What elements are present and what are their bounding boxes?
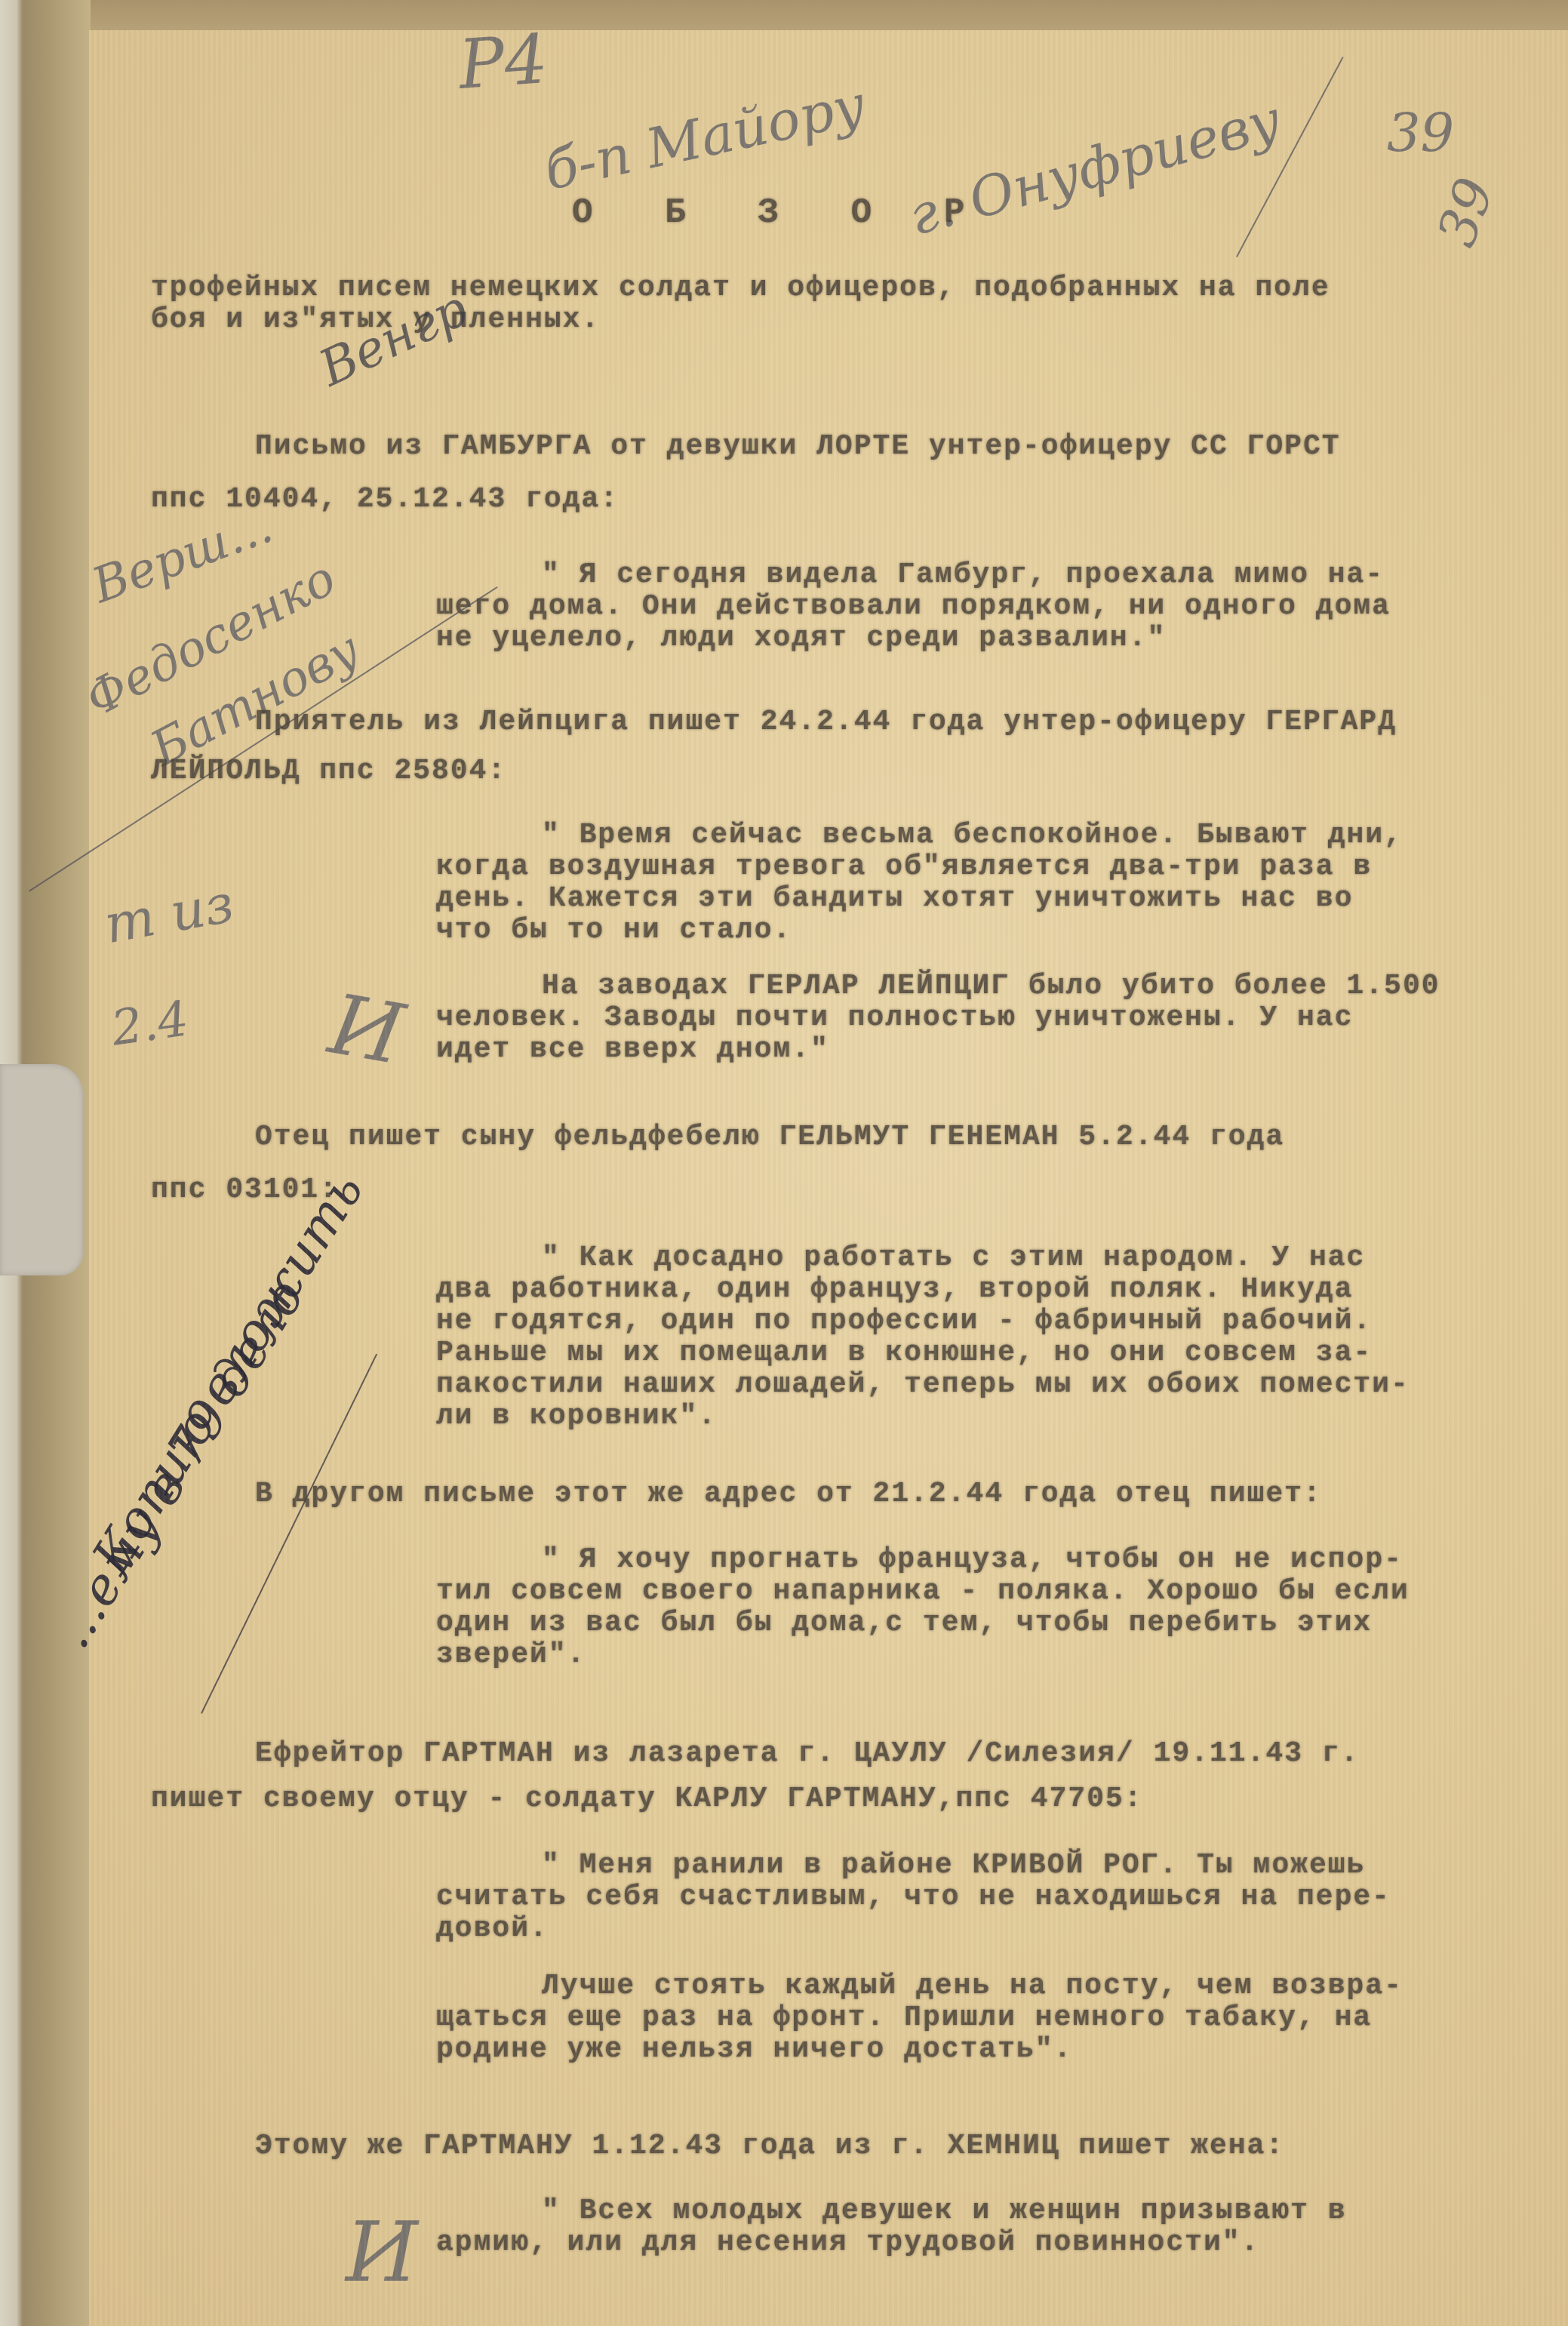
torn-paper-fragment — [0, 1064, 83, 1275]
annotation-page-number-1: 39 — [1387, 102, 1454, 164]
section-6-quote-1: " Всех молодых девушек и женщин призываю… — [542, 2195, 1347, 2228]
section-2-quote-2-2: человек. Заводы почти полностью уничтоже… — [436, 1001, 1353, 1035]
section-5-quote-2-2: щаться еще раз на фронт. Пришли немного … — [436, 2001, 1372, 2035]
section-5-quote-1-2: считать себя счастливым, что не находишь… — [436, 1881, 1391, 1914]
section-5-quote-2-3: родине уже нельзя ничего достать". — [436, 2033, 1072, 2066]
section-2-quote-1-1: " Время сейчас весьма беспокойное. Бываю… — [542, 819, 1403, 852]
section-2-quote-2-3: идет все вверх дном." — [436, 1033, 829, 1066]
section-1-quote-2: шего дома. Они действовали порядком, ни … — [436, 590, 1391, 623]
section-5-quote-2-1: Лучше стоять каждый день на посту, чем в… — [542, 1970, 1403, 2003]
annotation-page-number-2: 39 — [1425, 170, 1507, 254]
annotation-left-mark-1: т из — [100, 872, 238, 956]
subtitle-line-1: трофейных писем немецких солдат и офицер… — [151, 272, 1330, 305]
section-5-intro-1: Ефрейтор ГАРТМАН из лазарета г. ЦАУЛУ /С… — [255, 1737, 1359, 1771]
annotation-left-mark-2: 2.4 — [108, 991, 192, 1057]
section-3-intro-1: Отец пишет сыну фельдфебелю ГЕЛЬМУТ ГЕНЕ… — [255, 1121, 1284, 1154]
section-2-intro-1: Приятель из Лейпцига пишет 24.2.44 года … — [255, 706, 1397, 739]
section-5-quote-1-1: " Меня ранили в районе КРИВОЙ РОГ. Ты мо… — [542, 1849, 1365, 1882]
section-1-quote-1: " Я сегодня видела Гамбург, проехала мим… — [542, 558, 1384, 592]
section-4-quote-3: один из вас был бы дома,с тем, чтобы пер… — [436, 1607, 1372, 1640]
section-4-quote-4: зверей". — [436, 1638, 586, 1672]
section-2-quote-1-2: когда воздушная тревога об"является два-… — [436, 851, 1372, 884]
section-3-quote-4: Раньше мы их помещали в конюшне, но они … — [436, 1337, 1372, 1370]
section-3-quote-1: " Как досадно работать с этим народом. У… — [542, 1241, 1365, 1275]
section-2-quote-1-4: что бы то ни стало. — [436, 914, 792, 947]
section-3-quote-6: ли в коровник". — [436, 1400, 717, 1433]
binding-strip — [0, 0, 98, 2326]
section-1-intro-1: Письмо из ГАМБУРГА от девушки ЛОРТЕ унте… — [255, 430, 1341, 463]
annotation-top-code: Р4 — [456, 20, 550, 105]
section-6-quote-2: армию, или для несения трудовой повиннос… — [436, 2226, 1259, 2260]
section-3-quote-5: пакостили наших лошадей, теперь мы их об… — [436, 1368, 1410, 1401]
section-6-intro-1: Этому же ГАРТМАНУ 1.12.43 года из г. ХЕМ… — [255, 2130, 1284, 2163]
section-2-quote-2-1: На заводах ГЕРЛАР ЛЕЙПЦИГ было убито бол… — [542, 970, 1440, 1003]
document-title: О Б З О Р — [572, 196, 990, 229]
section-3-quote-2: два работника, один француз, второй поля… — [436, 1273, 1353, 1306]
section-4-quote-1: " Я хочу прогнать француза, чтобы он не … — [542, 1543, 1403, 1577]
annotation-routing-1: б-п Майору — [539, 72, 871, 202]
section-1-quote-3: не уцелело, люди ходят среди развалин." — [436, 622, 1166, 655]
margin-check-2: И — [346, 2204, 418, 2300]
section-5-intro-2: пишет своему отцу - солдату КАРЛУ ГАРТМА… — [151, 1783, 1143, 1816]
section-2-intro-2: ЛЕЙПОЛЬД ппс 25804: — [151, 755, 506, 788]
section-1-intro-2: ппс 10404, 25.12.43 года: — [151, 483, 619, 516]
section-2-quote-1-3: день. Кажется эти бандиты хотят уничтожи… — [436, 882, 1353, 915]
margin-check-1: И — [323, 976, 411, 1084]
section-3-quote-3: не годятся, один по профессии - фабричны… — [436, 1305, 1372, 1338]
document-page: Р4 б-п Майору г. Онуфриеву 39 39 О Б З О… — [89, 30, 1568, 2326]
section-4-intro-1: В другом письме этот же адрес от 21.2.44… — [255, 1478, 1322, 1511]
section-5-quote-1-3: довой. — [436, 1912, 549, 1946]
section-4-quote-2: тил совсем своего напарника - поляка. Хо… — [436, 1575, 1410, 1608]
